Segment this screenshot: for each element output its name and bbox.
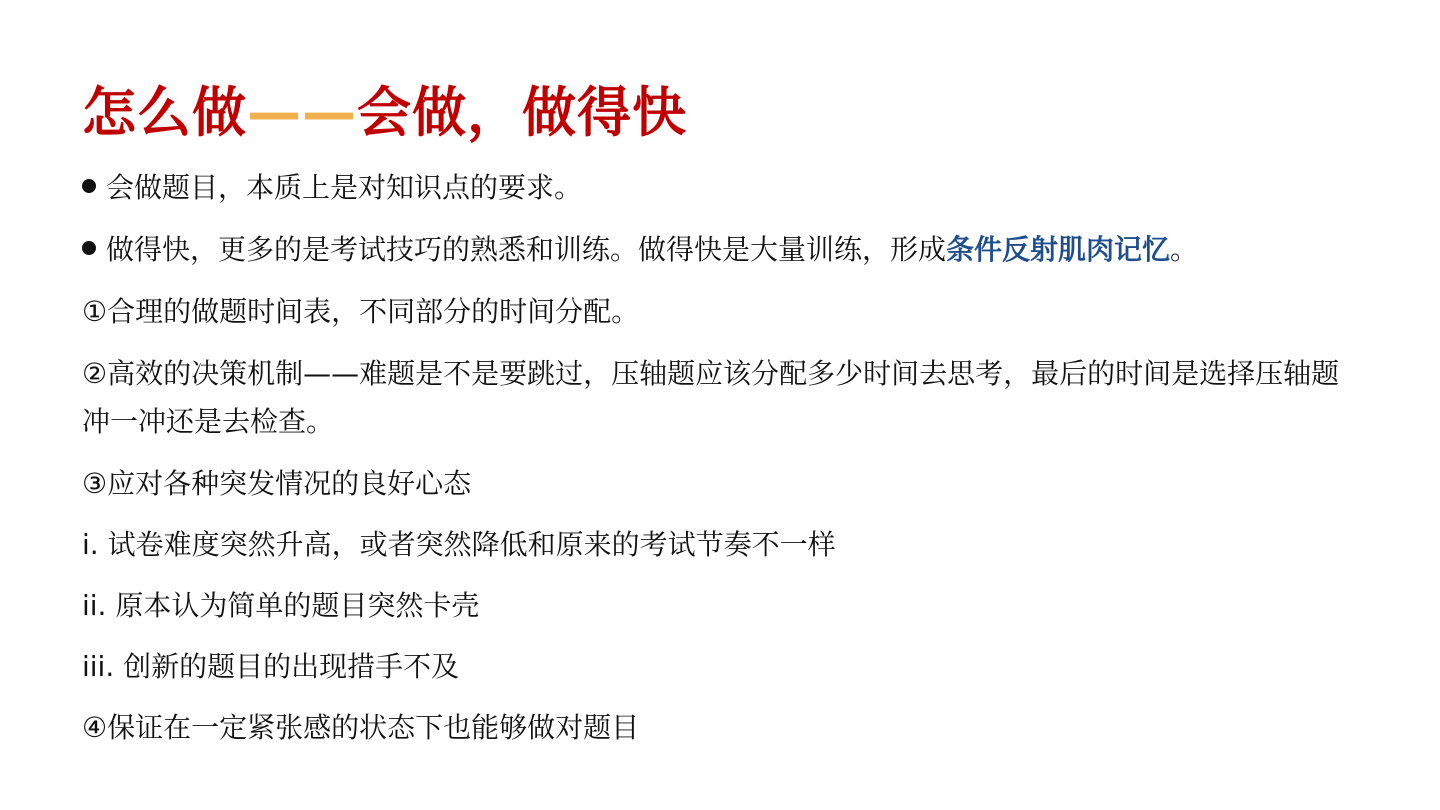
title-part-2: 会做，做得快 — [357, 81, 687, 144]
sub-item-i: i. 试卷难度突然升高，或者突然降低和原来的考试节奏不一样 — [82, 527, 836, 563]
bullet-dot-icon — [82, 241, 96, 255]
bullet-suffix: 。 — [1170, 233, 1198, 266]
title-dash: —— — [247, 81, 357, 144]
slide-title: 怎么做——会做，做得快 — [82, 80, 687, 146]
numbered-item-4: ④保证在一定紧张感的状态下也能够做对题目 — [82, 710, 639, 746]
sub-item-ii: ii. 原本认为简单的题目突然卡壳 — [82, 588, 479, 624]
bullet-dot-icon — [82, 179, 96, 193]
numbered-item-2: ②高效的决策机制——难题是不是要跳过，压轴题应该分配多少时间去思考，最后的时间是… — [82, 350, 1352, 446]
highlight-text: 条件反射肌肉记忆 — [946, 233, 1170, 266]
bullet-item: 会做题目，本质上是对知识点的要求。 — [82, 170, 582, 206]
bullet-text: 会做题目，本质上是对知识点的要求。 — [106, 171, 582, 204]
title-part-1: 怎么做 — [82, 81, 247, 144]
sub-item-iii: iii. 创新的题目的出现措手不及 — [82, 649, 459, 685]
numbered-item-3: ③应对各种突发情况的良好心态 — [82, 466, 471, 502]
bullet-text: 做得快，更多的是考试技巧的熟悉和训练。做得快是大量训练，形成 — [106, 233, 946, 266]
slide: 怎么做——会做，做得快 会做题目，本质上是对知识点的要求。 做得快，更多的是考试… — [0, 0, 1440, 810]
numbered-item-1: ①合理的做题时间表，不同部分的时间分配。 — [82, 294, 639, 330]
bullet-item: 做得快，更多的是考试技巧的熟悉和训练。做得快是大量训练，形成条件反射肌肉记忆。 — [82, 232, 1198, 268]
